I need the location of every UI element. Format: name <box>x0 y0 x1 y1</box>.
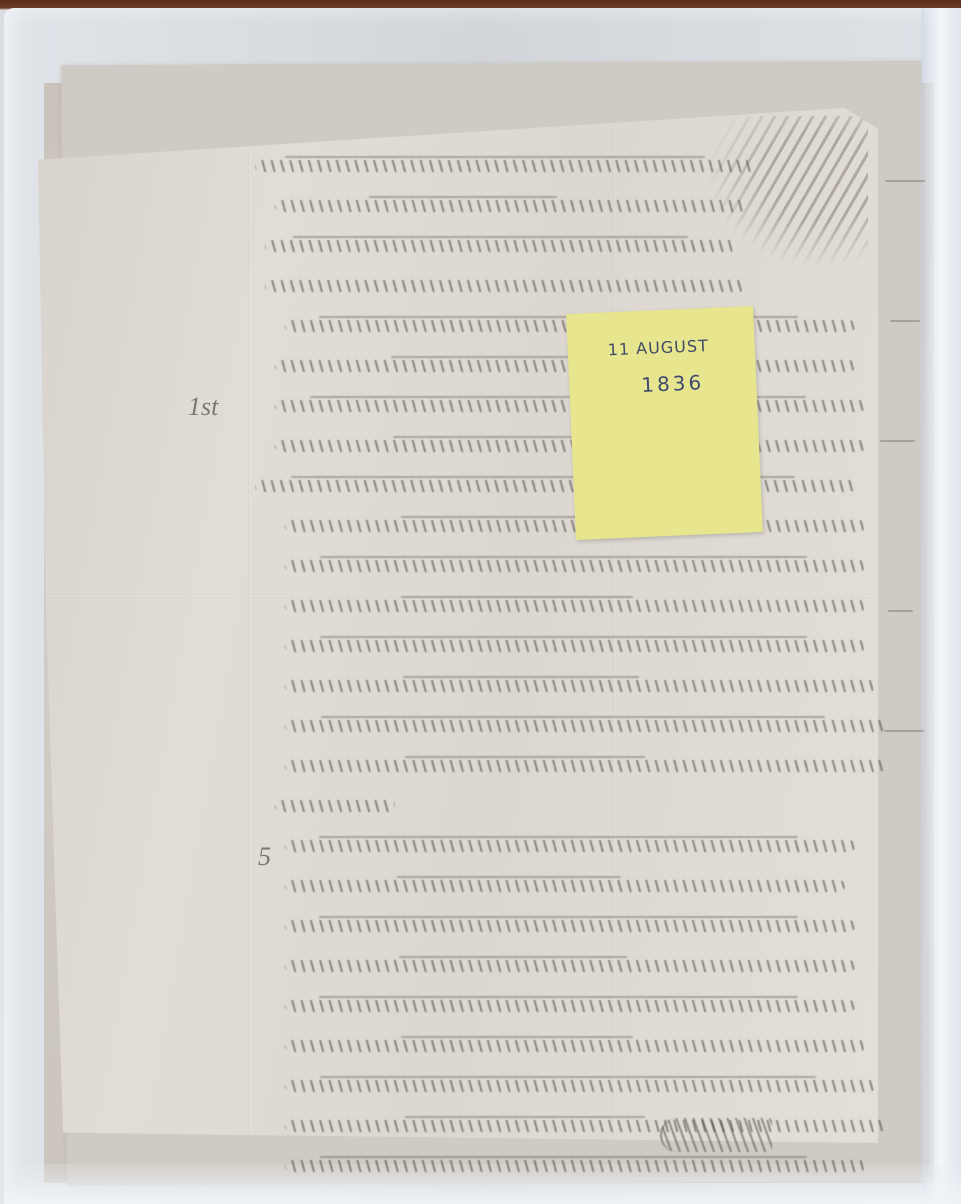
script-line <box>215 910 835 942</box>
script-line <box>215 270 835 302</box>
margin-mark-1: 1st <box>188 392 218 422</box>
script-line <box>215 870 835 902</box>
script-line <box>215 1030 835 1062</box>
script-line <box>215 150 835 182</box>
script-line <box>215 750 835 782</box>
script-line <box>215 790 835 822</box>
script-line <box>215 990 835 1022</box>
signature-flourish <box>660 1118 772 1152</box>
script-line <box>215 590 835 622</box>
script-line <box>215 1070 835 1102</box>
script-line <box>215 1150 835 1182</box>
sticky-note-year: 1836 <box>641 370 705 397</box>
sticky-note: 11 AUGUST 1836 <box>566 306 763 540</box>
script-line <box>215 630 835 662</box>
script-line <box>215 670 835 702</box>
script-line <box>215 710 835 742</box>
underlying-sheet-writing <box>880 170 930 1070</box>
sticky-note-date: 11 AUGUST <box>607 336 709 359</box>
script-line <box>215 230 835 262</box>
script-line <box>215 550 835 582</box>
script-line <box>215 190 835 222</box>
script-line <box>215 830 835 862</box>
script-line <box>215 950 835 982</box>
